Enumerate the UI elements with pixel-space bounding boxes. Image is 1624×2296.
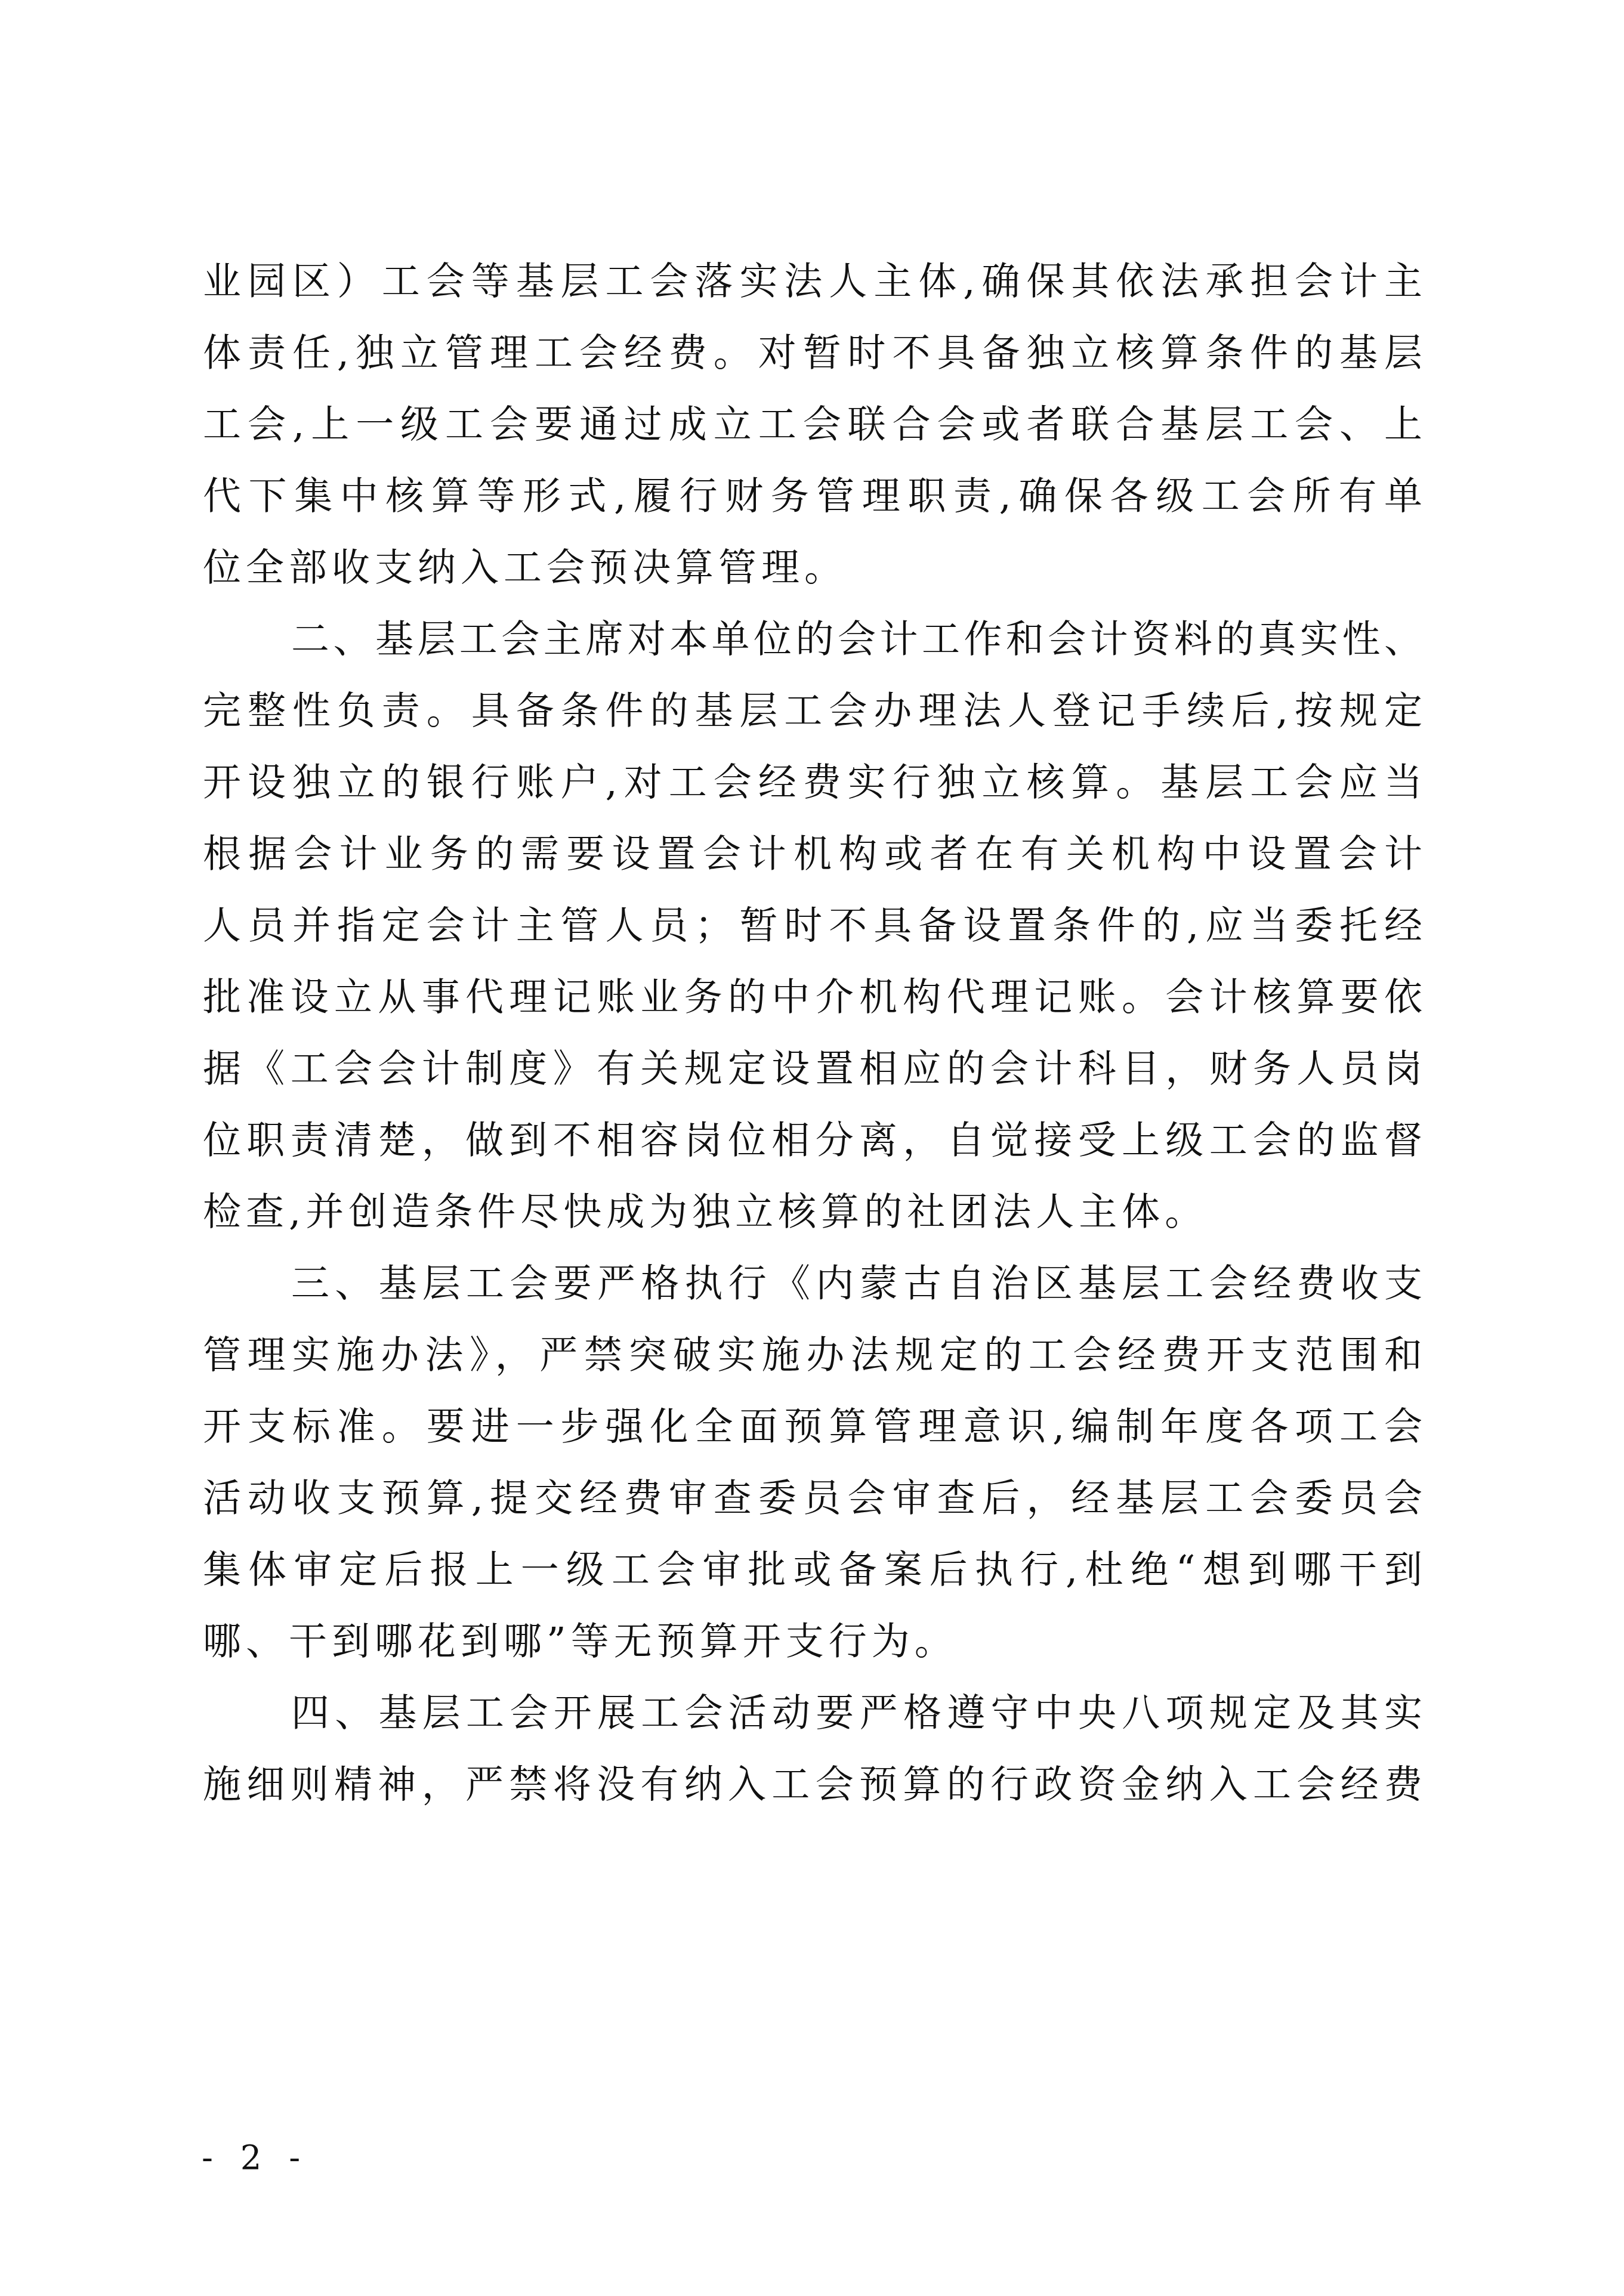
paragraph-first-line: 三、基层工会要严格执行《内蒙古自治区基层工会经费收支: [203, 1248, 1422, 1319]
text-line: 集体审定后报上一级工会审批或备案后执行,杜绝“想到哪干到: [203, 1534, 1422, 1606]
text-line: 检查,并创造条件尽快成为独立核算的社团法人主体。: [203, 1176, 1422, 1248]
paragraph-section-3: 三、基层工会要严格执行《内蒙古自治区基层工会经费收支 管理实施办法》，严禁突破实…: [203, 1248, 1422, 1677]
document-body: 业园区）工会等基层工会落实法人主体,确保其依法承担会计主 体责任,独立管理工会经…: [203, 246, 1422, 1821]
page-number: - 2 -: [202, 2134, 308, 2182]
text-line: 哪、干到哪花到哪”等无预算开支行为。: [203, 1606, 1422, 1677]
text-line: 开设独立的银行账户,对工会经费实行独立核算。基层工会应当: [203, 747, 1422, 818]
paragraph-section-4: 四、基层工会开展工会活动要严格遵守中央八项规定及其实 施细则精神，严禁将没有纳入…: [203, 1677, 1422, 1821]
text-line: 位全部收支纳入工会预决算管理。: [203, 532, 1422, 604]
text-line: 据《工会会计制度》有关规定设置相应的会计科目，财务人员岗: [203, 1033, 1422, 1105]
text-line: 活动收支预算,提交经费审查委员会审查后，经基层工会委员会: [203, 1463, 1422, 1534]
text-line: 位职责清楚，做到不相容岗位相分离，自觉接受上级工会的监督: [203, 1105, 1422, 1176]
text-line: 完整性负责。具备条件的基层工会办理法人登记手续后,按规定: [203, 675, 1422, 747]
text-line: 工会,上一级工会要通过成立工会联合会或者联合基层工会、上: [203, 389, 1422, 461]
paragraph-first-line: 二、基层工会主席对本单位的会计工作和会计资料的真实性、: [203, 604, 1422, 675]
paragraph-continuation: 业园区）工会等基层工会落实法人主体,确保其依法承担会计主 体责任,独立管理工会经…: [203, 246, 1422, 604]
text-line: 开支标准。要进一步强化全面预算管理意识,编制年度各项工会: [203, 1391, 1422, 1463]
paragraph-first-line: 四、基层工会开展工会活动要严格遵守中央八项规定及其实: [203, 1677, 1422, 1749]
text-line: 业园区）工会等基层工会落实法人主体,确保其依法承担会计主: [203, 246, 1422, 317]
text-line: 根据会计业务的需要设置会计机构或者在有关机构中设置会计: [203, 818, 1422, 890]
document-page: 业园区）工会等基层工会落实法人主体,确保其依法承担会计主 体责任,独立管理工会经…: [0, 0, 1624, 2296]
paragraph-section-2: 二、基层工会主席对本单位的会计工作和会计资料的真实性、 完整性负责。具备条件的基…: [203, 604, 1422, 1248]
text-line: 人员并指定会计主管人员；暂时不具备设置条件的,应当委托经: [203, 890, 1422, 962]
text-line: 体责任,独立管理工会经费。对暂时不具备独立核算条件的基层: [203, 317, 1422, 389]
text-line: 代下集中核算等形式,履行财务管理职责,确保各级工会所有单: [203, 461, 1422, 532]
text-line: 批准设立从事代理记账业务的中介机构代理记账。会计核算要依: [203, 962, 1422, 1033]
text-line: 施细则精神，严禁将没有纳入工会预算的行政资金纳入工会经费: [203, 1749, 1422, 1821]
text-line: 管理实施办法》，严禁突破实施办法规定的工会经费开支范围和: [203, 1319, 1422, 1391]
